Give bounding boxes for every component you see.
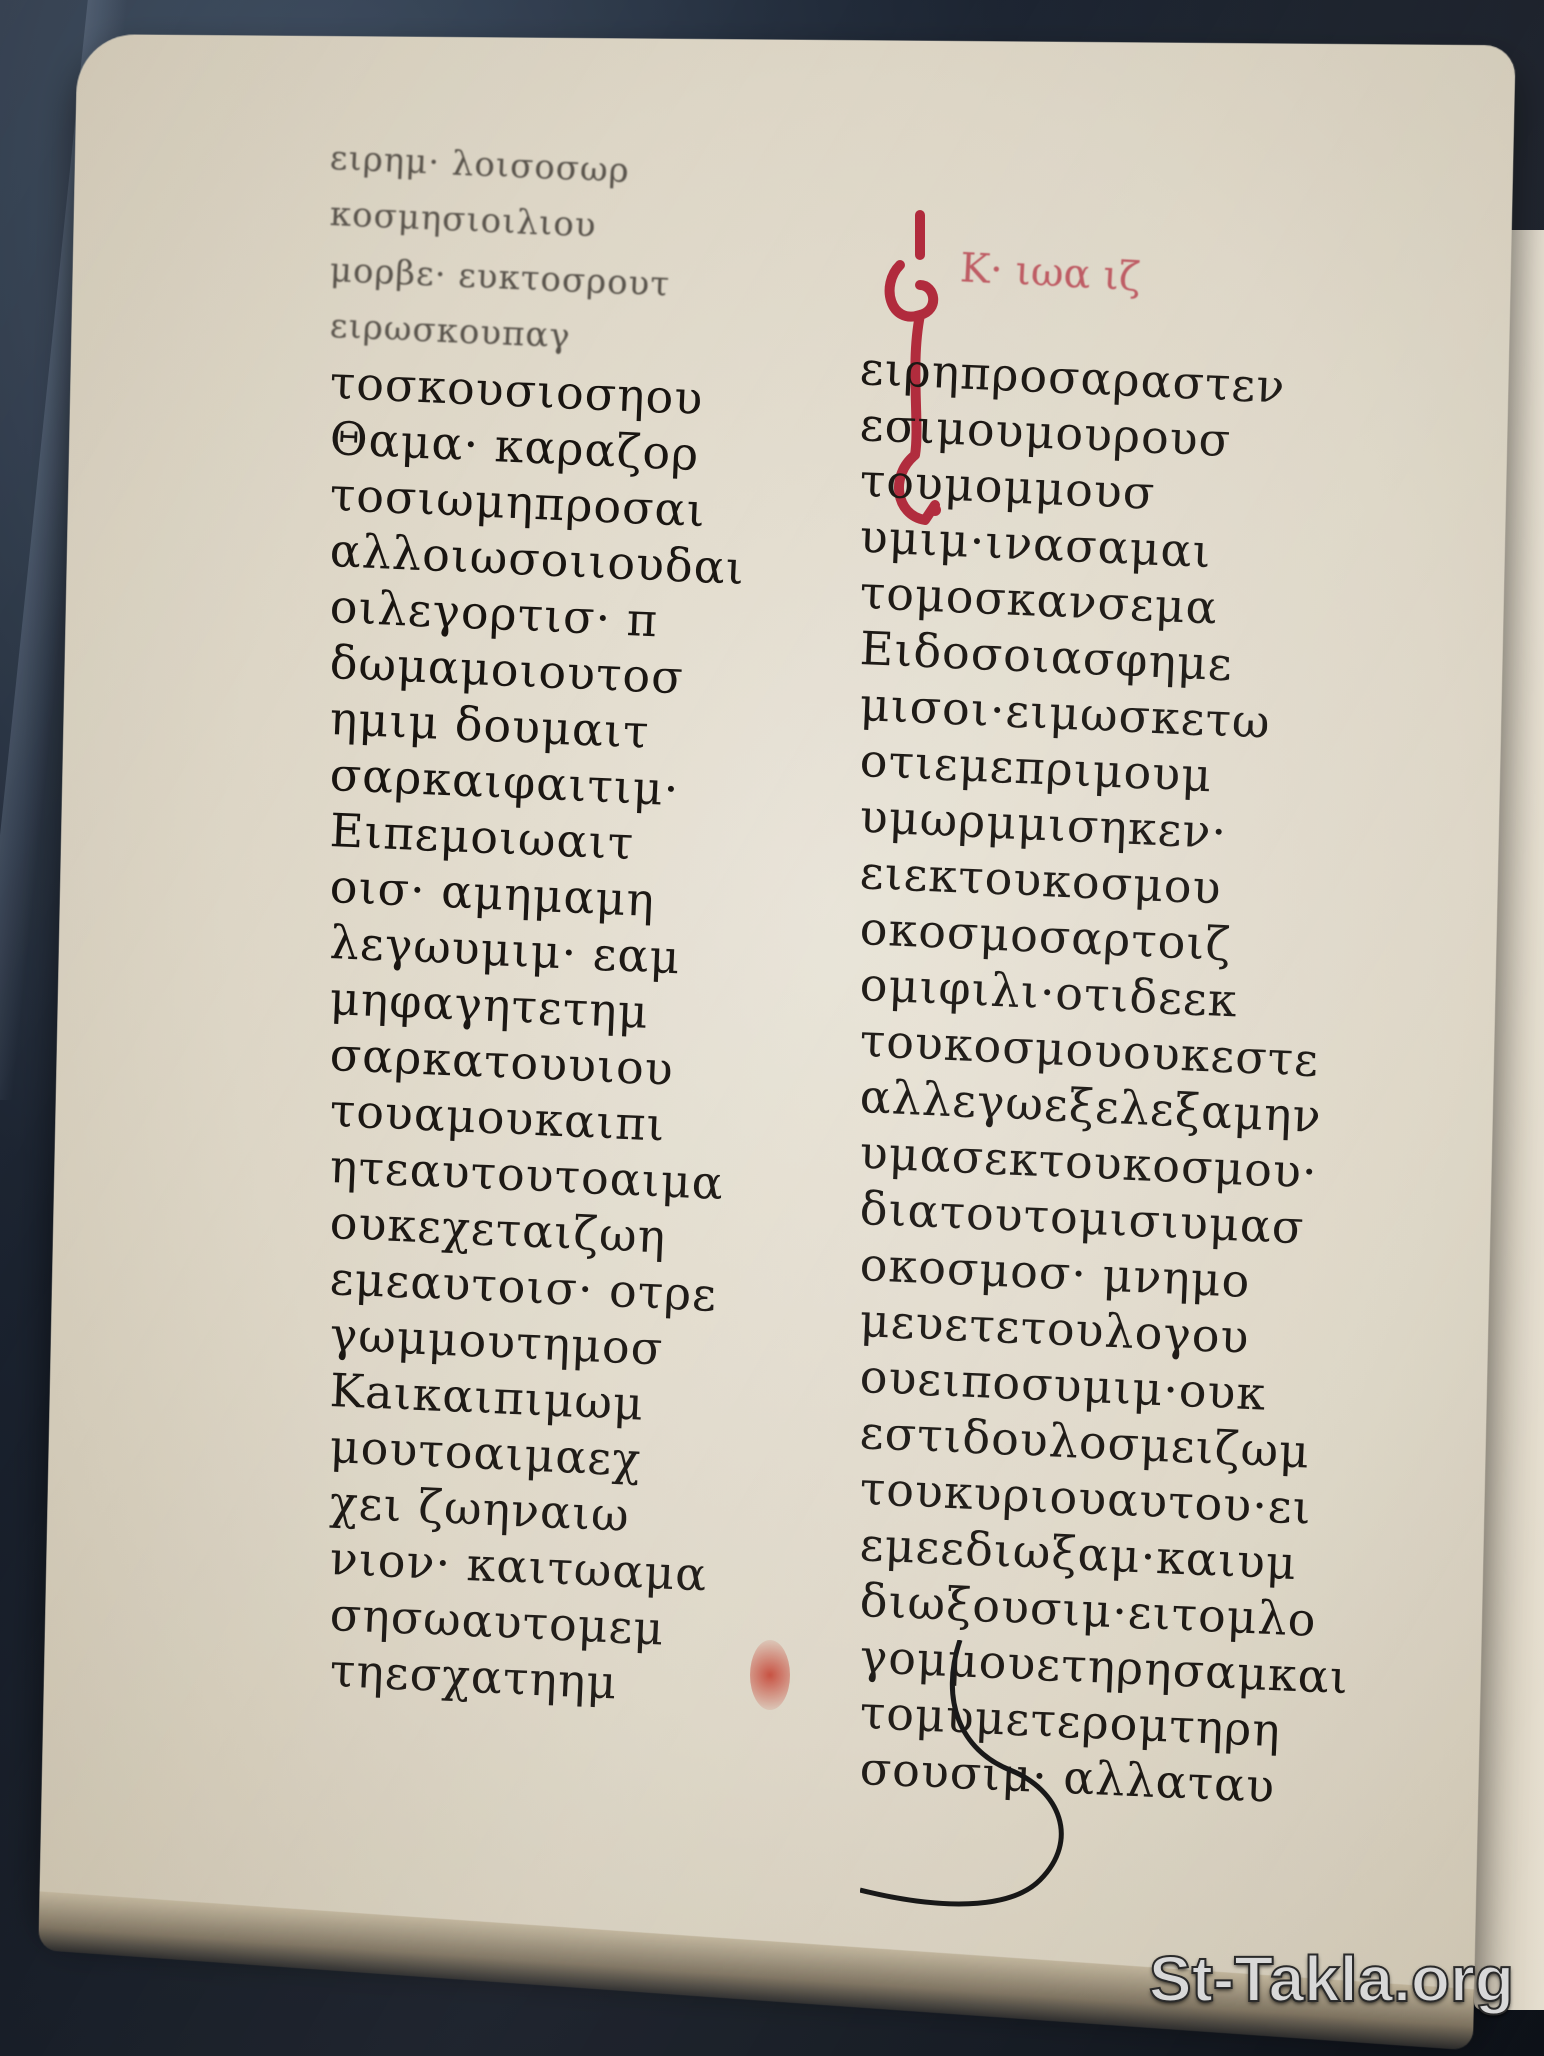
right-text-column: ειρηπροσαραστενεσιμουμουρουστουμομμουσυμ… <box>860 340 1380 1796</box>
red-ink-stain <box>750 1640 790 1710</box>
rubric-heading: Κ· ιωα ιζ <box>959 245 1142 300</box>
decorative-tail-stroke-icon <box>860 1640 1140 1920</box>
left-text-column: ειρημ· λοισοσωρκοσμησιοιλιουμορβε· ευκτο… <box>330 130 830 1698</box>
watermark: St-Takla.org <box>1149 1942 1514 2016</box>
